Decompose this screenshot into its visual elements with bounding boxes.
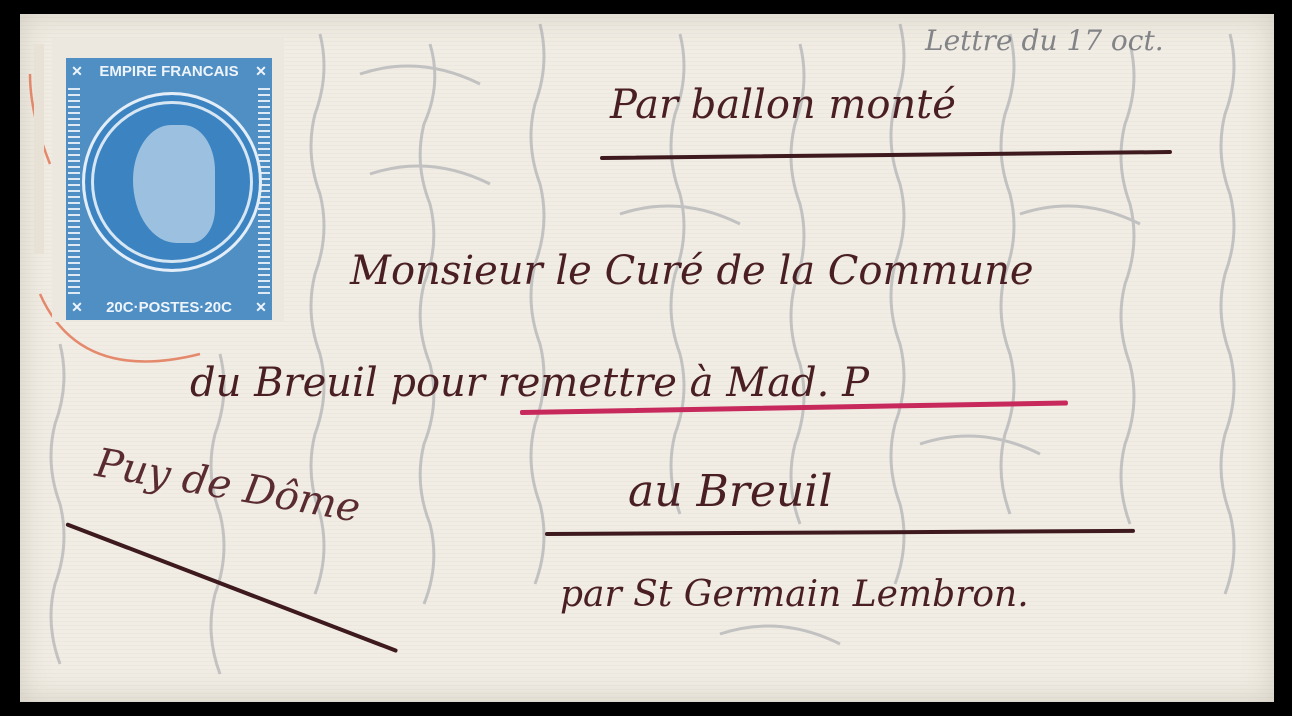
pencil-note: Lettre du 17 oct.: [925, 24, 1164, 57]
postage-stamp: ✕ EMPIRE FRANCAIS ✕ ✕ 20C·POSTES·20C ✕: [52, 38, 284, 322]
address-line-town: au Breuil: [628, 466, 832, 517]
envelope-flap-edge: [34, 44, 44, 254]
address-line-via: par St Germain Lembron.: [560, 574, 1029, 615]
laureate-head-icon: [133, 125, 215, 243]
stamp-corner-mark: ✕: [66, 299, 88, 316]
stamp-top-text: EMPIRE FRANCAIS: [99, 63, 238, 80]
stamp-bottom-text: 20C·POSTES·20C: [106, 299, 232, 316]
stamp-corner-mark: ✕: [250, 299, 272, 316]
address-line-forward: du Breuil pour remettre à Mad. P: [190, 360, 869, 406]
stamp-corner-mark: ✕: [250, 63, 272, 80]
emperor-portrait-medallion: [82, 92, 262, 272]
address-line-header: Par ballon monté: [610, 82, 956, 128]
address-line-recipient: Monsieur le Curé de la Commune: [350, 248, 1034, 294]
greek-key-border: [68, 84, 80, 294]
stamp-corner-mark: ✕: [66, 63, 88, 80]
